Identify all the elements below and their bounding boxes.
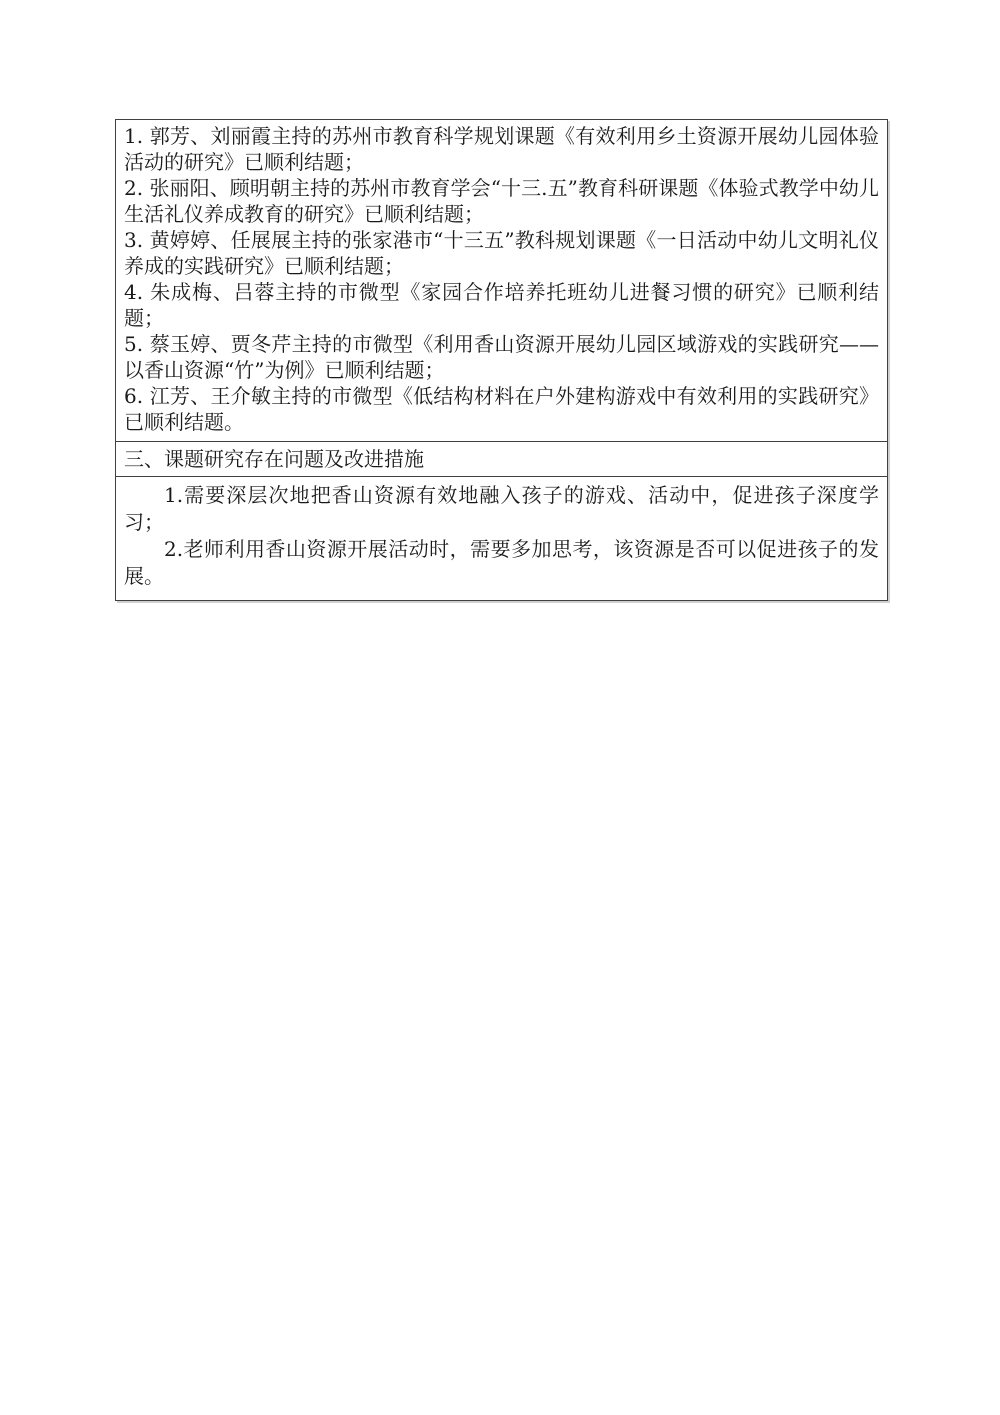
completed-topics-cell: 1. 郭芳、刘丽霞主持的苏州市教育科学规划课题《有效利用乡土资源开展幼儿园体验活… — [116, 120, 887, 442]
topic-item: 5. 蔡玉婷、贾冬芹主持的市微型《利用香山资源开展幼儿园区域游戏的实践研究——以… — [124, 331, 879, 383]
section-header-cell: 三、课题研究存在问题及改进措施 — [116, 442, 887, 477]
topic-item: 3. 黄婷婷、任展展主持的张家港市“十三五”教科规划课题《一日活动中幼儿文明礼仪… — [124, 227, 879, 279]
content-table: 1. 郭芳、刘丽霞主持的苏州市教育科学规划课题《有效利用乡土资源开展幼儿园体验活… — [115, 119, 888, 601]
topic-item: 6. 江芳、王介敏主持的市微型《低结构材料在户外建构游戏中有效利用的实践研究》已… — [124, 383, 879, 435]
issues-cell: 1.需要深层次地把香山资源有效地融入孩子的游戏、活动中，促进孩子深度学习； 2.… — [116, 477, 887, 600]
topic-item: 4. 朱成梅、吕蓉主持的市微型《家园合作培养托班幼儿进餐习惯的研究》已顺利结题； — [124, 279, 879, 331]
issue-item: 1.需要深层次地把香山资源有效地融入孩子的游戏、活动中，促进孩子深度学习； — [124, 482, 879, 536]
section-header-text: 三、课题研究存在问题及改进措施 — [124, 446, 879, 472]
topic-item: 2. 张丽阳、顾明朝主持的苏州市教育学会“十三.五”教育科研课题《体验式教学中幼… — [124, 175, 879, 227]
issue-item: 2.老师利用香山资源开展活动时，需要多加思考，该资源是否可以促进孩子的发展。 — [124, 536, 879, 590]
document-page: { "page": { "background_color": "#ffffff… — [0, 0, 1000, 1415]
topic-item: 1. 郭芳、刘丽霞主持的苏州市教育科学规划课题《有效利用乡土资源开展幼儿园体验活… — [124, 123, 879, 175]
